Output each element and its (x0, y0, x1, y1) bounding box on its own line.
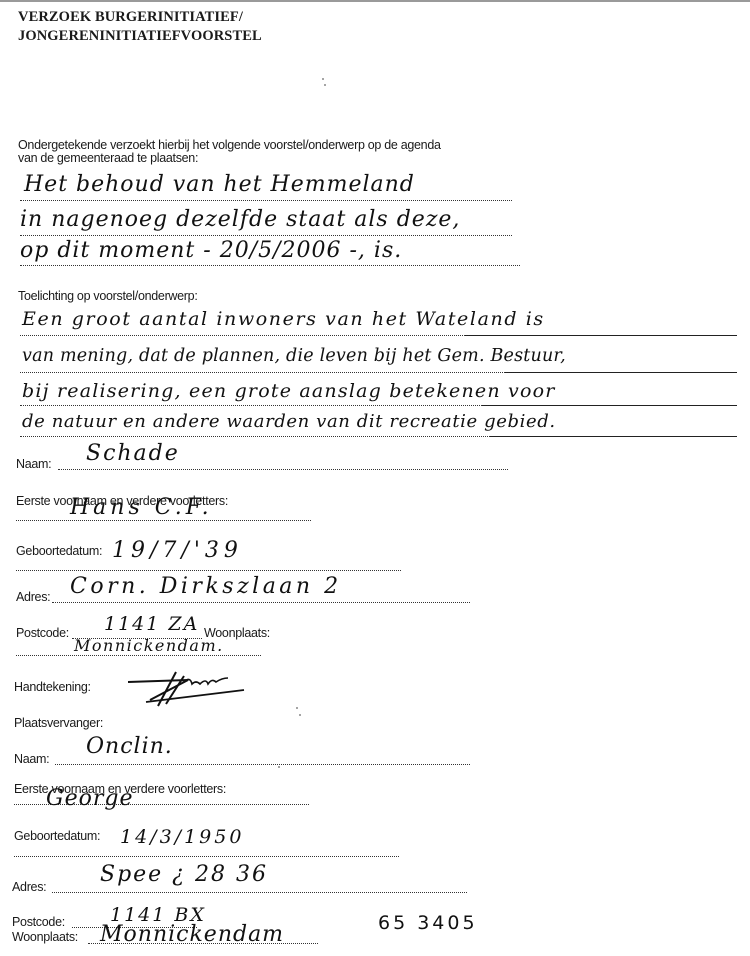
substitute-name-label: Naam: (14, 752, 49, 766)
applicant-birthdate-label: Geboortedatum: (16, 544, 102, 558)
substitute-postcode-label: Postcode: (12, 915, 65, 929)
substitute-name-rule (55, 764, 470, 765)
substitute-first-name-value[interactable]: George (46, 786, 133, 811)
form-title-line-1: VERZOEK BURGERINITIATIEF/ (18, 8, 262, 27)
request-label-line-1: Ondergetekende verzoekt hierbij het volg… (18, 138, 441, 152)
applicant-city-rule (16, 655, 261, 656)
applicant-birthdate-rule (16, 570, 401, 571)
request-line-3-rule (20, 265, 520, 266)
applicant-name-rule (58, 469, 508, 470)
applicant-postcode-value[interactable]: 1141 ZA (104, 613, 199, 635)
explanation-handwritten-line-2: van mening, dat de plannen, die leven bi… (22, 346, 566, 366)
explanation-line-4-rule (20, 436, 490, 437)
explanation-line-2-rule (20, 372, 505, 373)
substitute-address-rule (52, 892, 467, 893)
request-line-2-rule (20, 235, 512, 236)
substitute-birthdate-value[interactable]: 14/3/1950 (120, 826, 244, 848)
scan-speck (324, 84, 326, 86)
explanation-label: Toelichting op voorstel/onderwerp: (18, 289, 198, 303)
explanation-line-2-underline (505, 372, 737, 373)
explanation-line-3-rule (20, 405, 482, 406)
request-handwritten-line-2: in nagenoeg dezelfde staat als deze, (20, 207, 460, 232)
substitute-address-value[interactable]: Spee ¿ 28 36 (100, 862, 268, 887)
applicant-first-name-value[interactable]: Hans C.F. (70, 495, 213, 520)
scan-speck (296, 707, 298, 709)
substitute-birthdate-label: Geboortedatum: (14, 829, 100, 843)
applicant-postcode-label: Postcode: (16, 626, 69, 640)
explanation-handwritten-line-1: Een groot aantal inwoners van het Watela… (22, 308, 545, 330)
explanation-line-1-rule (20, 335, 465, 336)
request-line-1-rule (20, 200, 512, 201)
scan-top-border (0, 0, 750, 2)
applicant-first-name-rule (16, 520, 311, 521)
scan-speck (299, 714, 301, 716)
substitute-section-label: Plaatsvervanger: (14, 716, 103, 730)
applicant-address-label: Adres: (16, 590, 50, 604)
phone-note: 65 3405 (378, 912, 478, 934)
applicant-name-value[interactable]: Schade (86, 441, 180, 466)
explanation-line-3-underline (482, 405, 737, 406)
request-label-line-2: van de gemeenteraad te plaatsen: (18, 151, 198, 165)
explanation-line-4-underline (490, 436, 737, 437)
scan-speck (322, 78, 324, 80)
applicant-birthdate-value[interactable]: 19/7/'39 (112, 538, 243, 563)
form-title-line-2: JONGERENINITIATIEFVOORSTEL (18, 27, 262, 46)
applicant-signature-label: Handtekening: (14, 680, 91, 694)
explanation-handwritten-line-4: de natuur en andere waarden van dit recr… (22, 411, 556, 432)
form-title: VERZOEK BURGERINITIATIEF/ JONGERENINITIA… (18, 8, 262, 46)
substitute-name-value[interactable]: Onclin. (86, 734, 173, 759)
request-handwritten-line-1: Het behoud van het Hemmeland (24, 172, 415, 197)
explanation-line-1-underline (465, 335, 737, 336)
scan-speck (278, 766, 280, 768)
applicant-address-value[interactable]: Corn. Dirkszlaan 2 (70, 574, 342, 599)
applicant-address-rule (52, 602, 470, 603)
substitute-birthdate-rule (14, 856, 399, 857)
request-handwritten-line-3: op dit moment - 20/5/2006 -, is. (20, 238, 402, 263)
explanation-handwritten-line-3: bij realisering, een grote aanslag betek… (22, 380, 556, 402)
applicant-city-value[interactable]: Monnickendam. (74, 636, 224, 655)
applicant-name-label: Naam: (16, 457, 51, 471)
substitute-address-label: Adres: (12, 880, 46, 894)
substitute-city-label: Woonplaats: (12, 930, 78, 944)
applicant-signature (128, 668, 268, 708)
substitute-city-value[interactable]: Monnickendam (100, 922, 284, 947)
